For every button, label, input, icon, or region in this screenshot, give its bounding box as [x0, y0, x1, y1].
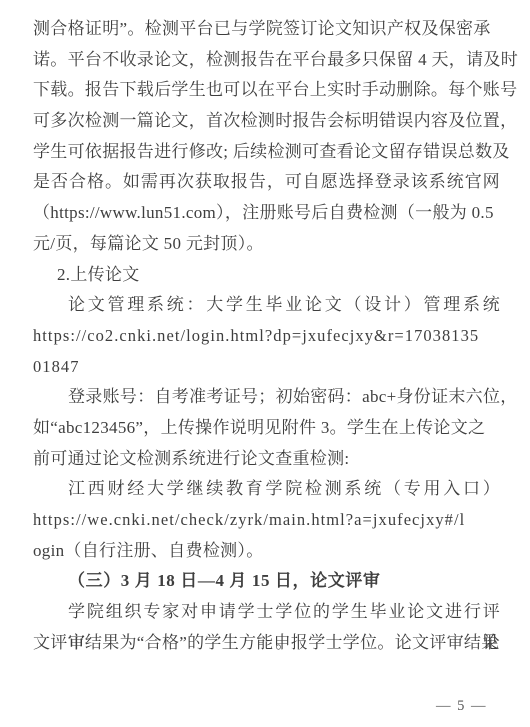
- text-line: 可多次检测一篇论文，首次检测时报告会标明错误内容及位置，: [33, 106, 500, 137]
- text-line: 登录账号：自考准考证号；初始密码：abc+身份证末六位，: [33, 382, 500, 413]
- text-line: 文评审结果为“合格”的学生方能申报学士学位。论文评审结果: [33, 628, 500, 659]
- text-line: 是否合格。如需再次获取报告，可自愿选择登录该系统官网: [33, 167, 500, 198]
- text-line: （https://www.lun51.com），注册账号后自费检测（一般为 0.…: [33, 198, 500, 229]
- text-line: https://co2.cnki.net/login.html?dp=jxufe…: [33, 321, 500, 352]
- text-line: 前可通过论文检测系统进行论文查重检测:: [33, 444, 500, 475]
- text-line: 学生可依据报告进行修改; 后续检测可查看论文留存错误总数及: [33, 137, 500, 168]
- text-line: （三）3 月 18 日—4 月 15 日，论文评审: [33, 566, 500, 597]
- document-page: 测合格证明”。检测平台已与学院签订论文知识产权及保密承诺。平台不收录论文，检测报…: [0, 0, 530, 727]
- text-line: 江西财经大学继续教育学院检测系统（专用入口）: [33, 474, 500, 505]
- text-line: 测合格证明”。检测平台已与学院签订论文知识产权及保密承: [33, 14, 500, 45]
- text-line: 学院组织专家对申请学士学位的学生毕业论文进行评审。论: [33, 597, 500, 628]
- text-line: 下载。报告下载后学生也可以在平台上实时手动删除。每个账号: [33, 75, 500, 106]
- text-line: 如“abc123456”，上传操作说明见附件 3。学生在上传论文之: [33, 413, 500, 444]
- text-line: 01847: [33, 352, 500, 383]
- text-line: 论文管理系统：大学生毕业论文（设计）管理系统: [33, 290, 500, 321]
- text-line: 2.上传论文: [33, 260, 500, 291]
- document-body: 测合格证明”。检测平台已与学院签订论文知识产权及保密承诺。平台不收录论文，检测报…: [33, 14, 500, 658]
- text-line: https://we.cnki.net/check/zyrk/main.html…: [33, 505, 500, 536]
- text-line: ogin（自行注册、自费检测）。: [33, 536, 500, 567]
- page-number: — 5 —: [436, 698, 487, 715]
- text-line: 元/页，每篇论文 50 元封顶）。: [33, 229, 500, 260]
- text-line: 诺。平台不收录论文，检测报告在平台最多只保留 4 天，请及时: [33, 45, 500, 76]
